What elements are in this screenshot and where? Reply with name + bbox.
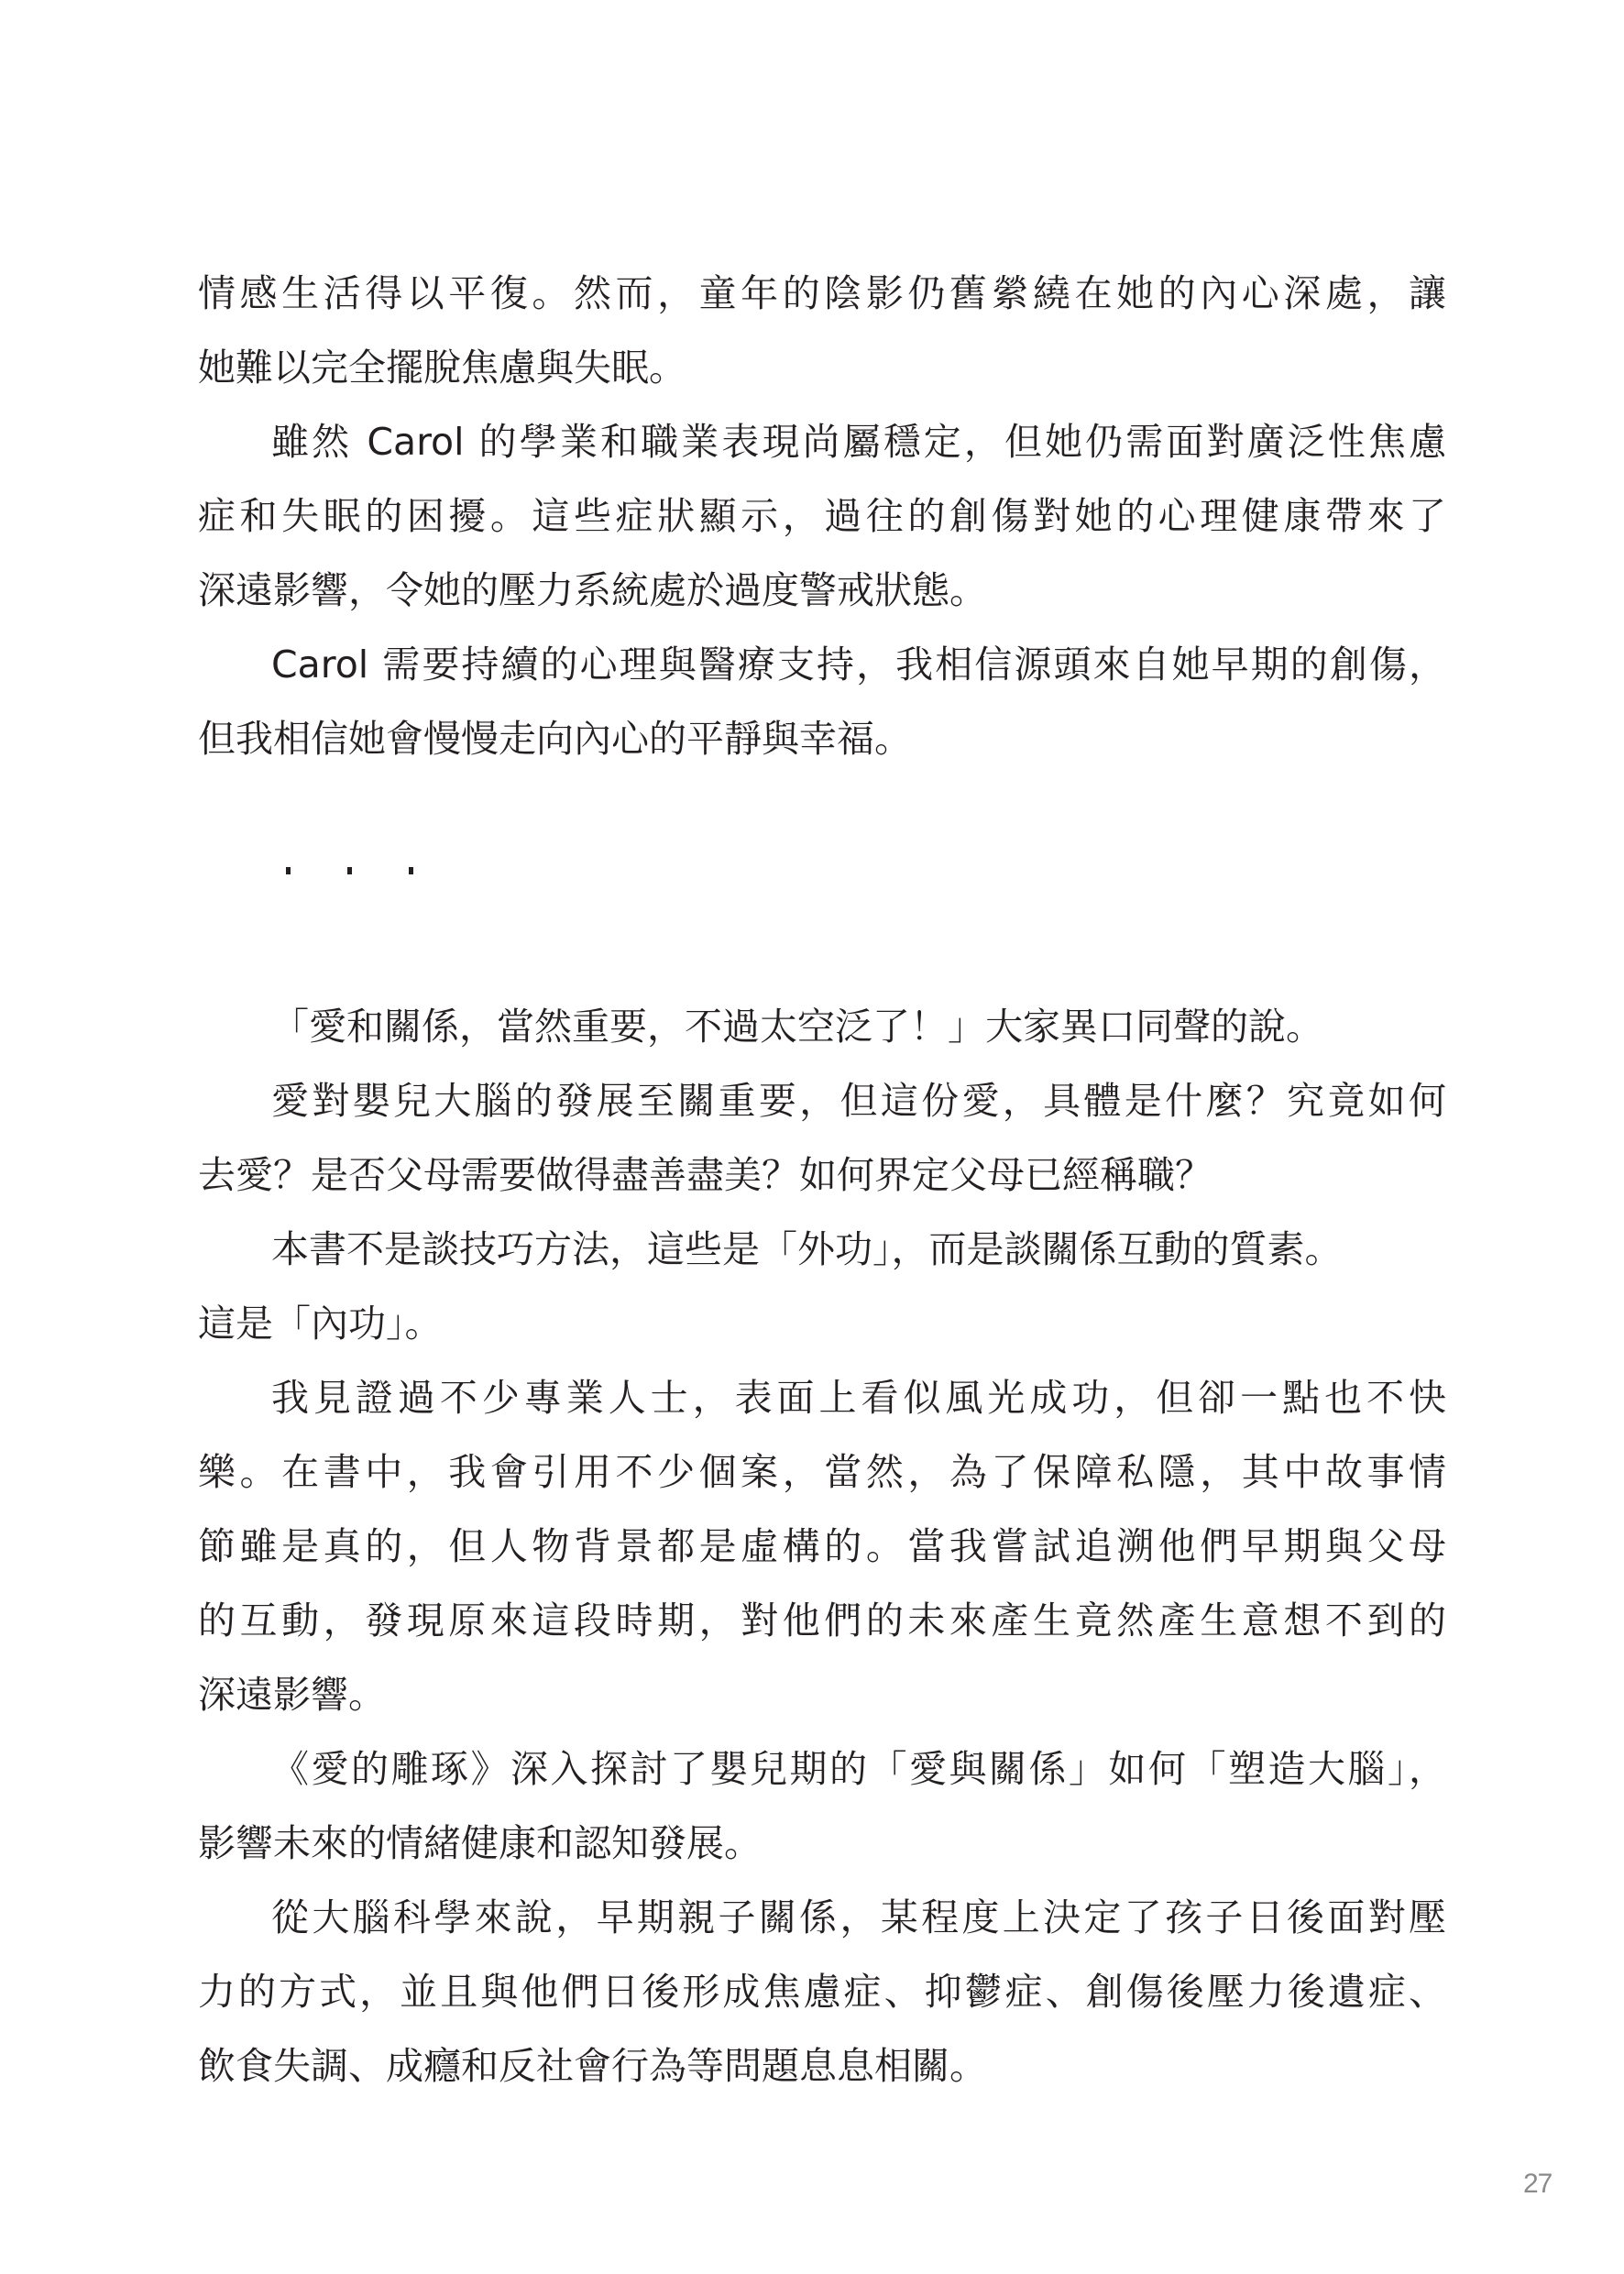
text-line: 飲食失調、成癮和反社會行為等問題息息相關。 <box>198 2029 1446 2104</box>
text-line: 深遠影響，令她的壓力系統處於過度警戒狀態。 <box>198 554 1446 628</box>
paragraph: 我見證過不少專業人士，表面上看似風光成功，但卻一點也不快 樂。在書中，我會引用不… <box>198 1361 1446 1732</box>
separator-dot <box>347 867 352 874</box>
text-line: 我見證過不少專業人士，表面上看似風光成功，但卻一點也不快 <box>198 1361 1446 1435</box>
text-line: 從大腦科學來說，早期親子關係，某程度上決定了孩子日後面對壓 <box>198 1881 1446 1955</box>
separator-dot <box>286 867 291 874</box>
text-line: Carol 需要持續的心理與醫療支持，我相信源頭來自她早期的創傷， <box>198 628 1446 702</box>
text-line: 《愛的雕琢》深入探討了嬰兒期的「愛與關係」如何「塑造大腦」， <box>198 1732 1446 1807</box>
paragraph: 《愛的雕琢》深入探討了嬰兒期的「愛與關係」如何「塑造大腦」， 影響未來的情緒健康… <box>198 1732 1446 1881</box>
text-line: 「愛和關係，當然重要，不過太空泛了！」大家異口同聲的說。 <box>198 990 1446 1064</box>
text-line: 症和失眠的困擾。這些症狀顯示，過往的創傷對她的心理健康帶來了 <box>198 479 1446 554</box>
text-line: 本書不是談技巧方法，這些是「外功」，而是談關係互動的質素。 <box>198 1213 1446 1287</box>
separator-dot <box>409 867 413 874</box>
book-page: 情感生活得以平復。然而，童年的陰影仍舊縈繞在她的內心深處，讓 她難以完全擺脫焦慮… <box>0 0 1624 2274</box>
text-line: 情感生活得以平復。然而，童年的陰影仍舊縈繞在她的內心深處，讓 <box>198 257 1446 331</box>
text-line: 力的方式，並且與他們日後形成焦慮症、抑鬱症、創傷後壓力後遺症、 <box>198 1955 1446 2029</box>
page-number: 27 <box>1523 2169 1552 2200</box>
section-a-text: 情感生活得以平復。然而，童年的陰影仍舊縈繞在她的內心深處，讓 她難以完全擺脫焦慮… <box>198 257 1446 776</box>
text-line: 去愛？是否父母需要做得盡善盡美？如何界定父母已經稱職？ <box>198 1138 1446 1213</box>
text-line: 雖然 Carol 的學業和職業表現尚屬穩定，但她仍需面對廣泛性焦慮 <box>198 405 1446 479</box>
paragraph: 愛對嬰兒大腦的發展至關重要，但這份愛，具體是什麼？究竟如何 去愛？是否父母需要做… <box>198 1064 1446 1213</box>
paragraph: 雖然 Carol 的學業和職業表現尚屬穩定，但她仍需面對廣泛性焦慮 症和失眠的困… <box>198 405 1446 628</box>
text-line: 她難以完全擺脫焦慮與失眠。 <box>198 331 1446 405</box>
paragraph: 本書不是談技巧方法，這些是「外功」，而是談關係互動的質素。 這是「內功」。 <box>198 1213 1446 1361</box>
text-line: 愛對嬰兒大腦的發展至關重要，但這份愛，具體是什麼？究竟如何 <box>198 1064 1446 1138</box>
text-line: 深遠影響。 <box>198 1658 1446 1732</box>
text-line: 但我相信她會慢慢走向內心的平靜與幸福。 <box>198 702 1446 776</box>
text-line: 的互動，發現原來這段時期，對他們的未來產生竟然產生意想不到的 <box>198 1584 1446 1658</box>
text-line: 影響未來的情緒健康和認知發展。 <box>198 1807 1446 1881</box>
text-line: 樂。在書中，我會引用不少個案，當然，為了保障私隱，其中故事情 <box>198 1435 1446 1510</box>
paragraph: 情感生活得以平復。然而，童年的陰影仍舊縈繞在她的內心深處，讓 她難以完全擺脫焦慮… <box>198 257 1446 405</box>
section-b-text: 「愛和關係，當然重要，不過太空泛了！」大家異口同聲的說。 愛對嬰兒大腦的發展至關… <box>198 990 1446 2104</box>
paragraph: Carol 需要持續的心理與醫療支持，我相信源頭來自她早期的創傷， 但我相信她會… <box>198 628 1446 776</box>
paragraph: 「愛和關係，當然重要，不過太空泛了！」大家異口同聲的說。 <box>198 990 1446 1064</box>
text-line: 節雖是真的，但人物背景都是虛構的。當我嘗試追溯他們早期與父母 <box>198 1510 1446 1584</box>
paragraph: 從大腦科學來說，早期親子關係，某程度上決定了孩子日後面對壓 力的方式，並且與他們… <box>198 1881 1446 2104</box>
text-line: 這是「內功」。 <box>198 1287 1446 1361</box>
